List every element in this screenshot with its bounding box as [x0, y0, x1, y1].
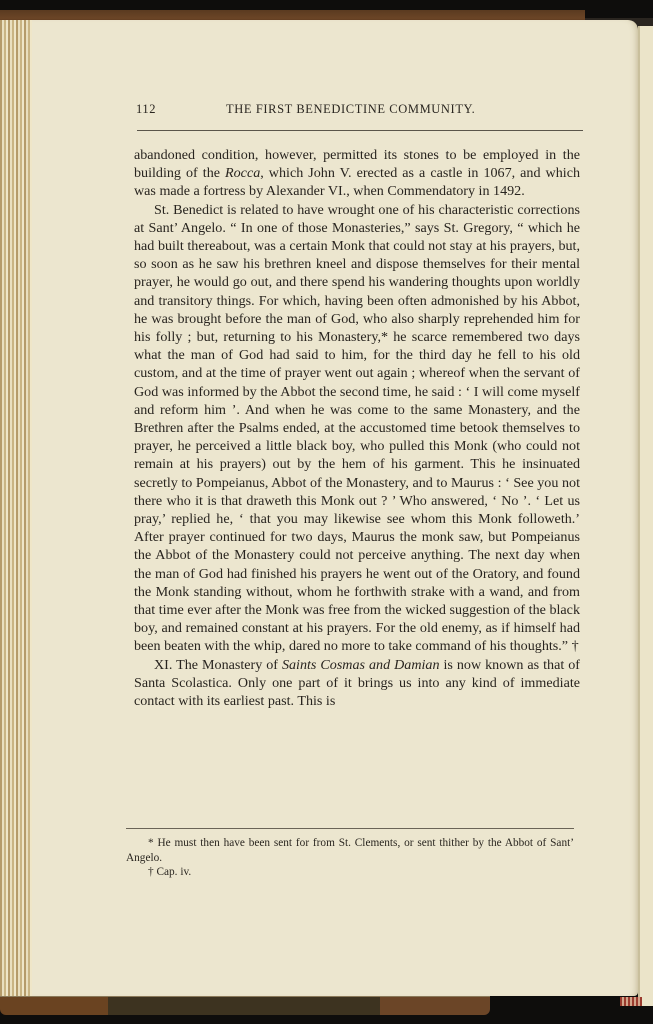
- italic-term-rocca: Rocca: [225, 165, 260, 181]
- text-run: XI. The Monastery of: [154, 657, 282, 673]
- text-run: St. Benedict is related to have wrought …: [134, 202, 580, 655]
- next-page-edge: [638, 26, 653, 1006]
- paragraph-1: abandoned condition, however, permitted …: [134, 146, 580, 201]
- paragraph-3: XI. The Monastery of Saints Cosmas and D…: [134, 656, 580, 711]
- book-cover-bottom-edge: [0, 996, 490, 1015]
- running-title: THE FIRST BENEDICTINE COMMUNITY.: [226, 102, 475, 117]
- page-number: 112: [136, 102, 156, 117]
- footnote-rule: [126, 828, 574, 829]
- running-header: 112 THE FIRST BENEDICTINE COMMUNITY.: [136, 102, 586, 118]
- footnotes: * He must then have been sent for from S…: [126, 836, 574, 880]
- red-page-edge: [620, 997, 642, 1006]
- italic-term-saints-cosmas-damian: Saints Cosmas and Damian: [282, 657, 440, 673]
- footnote-asterisk: * He must then have been sent for from S…: [126, 836, 574, 865]
- header-rule: [137, 130, 583, 131]
- paragraph-2: St. Benedict is related to have wrought …: [134, 201, 580, 656]
- footnote-dagger: † Cap. iv.: [126, 865, 574, 880]
- body-text: abandoned condition, however, permitted …: [134, 146, 580, 710]
- book-page-edges: [0, 20, 33, 996]
